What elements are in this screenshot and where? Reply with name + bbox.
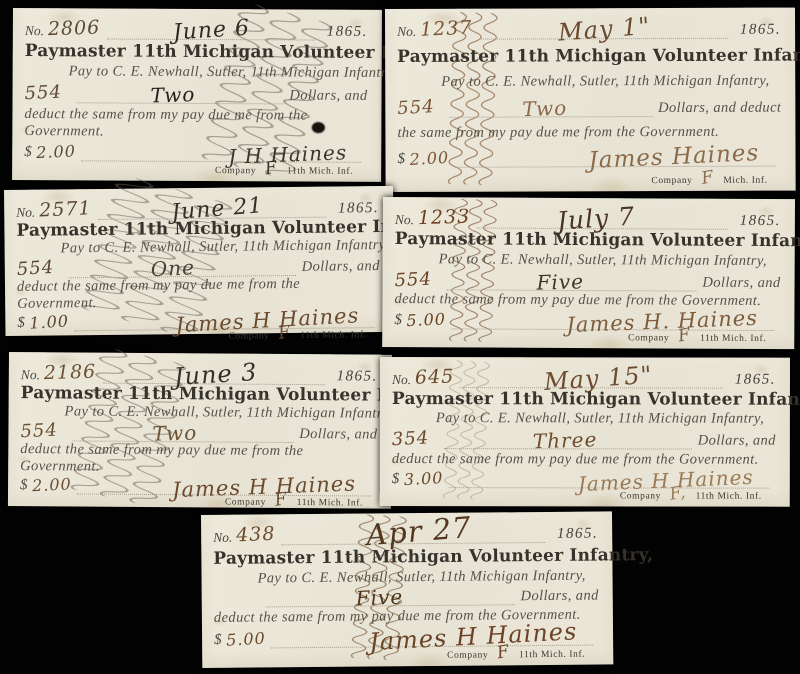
number-date-row: No. 1237 May 1" 1865. <box>397 17 781 40</box>
dollars-label: Dollars, and <box>698 433 776 450</box>
amount-figures: 5.00 <box>225 628 266 649</box>
company-label: Company <box>628 333 669 343</box>
printed-year: 1865. <box>337 368 378 385</box>
number-date-row: No. 645 May 15" 1865. <box>392 366 776 389</box>
dollars-label: Dollars, and <box>289 88 367 105</box>
ledger-number: 554 <box>20 419 67 442</box>
figures-signature-row: $ 2.00 James H Haines <box>20 475 377 496</box>
pay-to-line: Pay to C. E. Newhall, Sutler, 11th Michi… <box>25 63 368 82</box>
pay-to-line: Pay to C. E. Newhall, Sutler, 11th Michi… <box>397 72 781 90</box>
company-letter: F <box>264 161 279 177</box>
no-label: No. <box>395 212 414 228</box>
dotted-line: July 7 <box>476 212 727 229</box>
company-row: Company F Mich. Inf. <box>398 172 768 187</box>
handwritten-date: June 6 <box>172 18 250 45</box>
signature: J H Haines <box>228 142 348 167</box>
ledger-number: 554 <box>397 96 444 120</box>
paymaster-heading: Paymaster 11th Michigan Volunteer Infant… <box>213 545 598 568</box>
dollar-sign: $ <box>397 151 405 168</box>
slip-number: 438 <box>236 523 276 547</box>
handwritten-date: Apr 27 <box>365 513 472 550</box>
dotted-line: James H Haines <box>74 312 374 331</box>
amount-in-words: Two <box>151 85 196 106</box>
dotted-line: Three <box>444 434 692 450</box>
number-date-row: No. 438 Apr 27 1865. <box>213 521 598 546</box>
pay-slip: No. 1237 May 1" 1865. Paymaster 11th Mic… <box>385 8 796 192</box>
paymaster-heading: Paymaster 11th Michigan Volunteer Infant… <box>21 383 378 405</box>
figures-signature-row: $ 2.00 James Haines <box>397 148 781 168</box>
dotted-line: James H Haines <box>77 478 371 496</box>
dotted-line: James H Haines <box>449 472 770 489</box>
dotted-line: James H Haines <box>271 629 593 648</box>
paymaster-heading: Paymaster 11th Michigan Volunteer Infant… <box>395 229 781 251</box>
no-label: No. <box>25 23 44 39</box>
signature: James Haines <box>588 142 760 173</box>
printed-year: 1865. <box>338 200 379 217</box>
no-label: No. <box>213 530 232 546</box>
dotted-line: J H Haines <box>81 145 361 162</box>
dotted-line: Five <box>266 589 515 607</box>
dotted-line: Two <box>72 425 293 443</box>
signature: James H Haines <box>578 467 755 494</box>
pay-slip: No. 438 Apr 27 1865. Paymaster 11th Mich… <box>201 511 613 668</box>
dollar-sign: $ <box>24 144 32 161</box>
paymaster-heading: Paymaster 11th Michigan Volunteer Infant… <box>25 41 368 63</box>
number-date-row: No. 2186 June 3 1865. <box>21 361 378 385</box>
dollars-label: Dollars, and <box>302 258 380 276</box>
regiment-label: 11th Mich. Inf. <box>287 166 353 176</box>
printed-year: 1865. <box>740 213 781 230</box>
slip-number: 2806 <box>48 17 101 41</box>
pay-slip: No. 2806 June 6 1865. Paymaster 11th Mic… <box>12 8 382 182</box>
pay-to-line: Pay to C. E. Newhall, Sutler, 11th Michi… <box>395 251 781 270</box>
amount-in-words: One <box>150 257 195 279</box>
slip-number: 2571 <box>39 197 92 221</box>
amount-figures: 2.00 <box>409 148 450 169</box>
figures-signature-row: $ 2.00 J H Haines <box>24 142 367 163</box>
amount-in-words: Five <box>536 271 584 292</box>
slip-number: 2186 <box>44 361 97 384</box>
dotted-line: James Haines <box>455 151 776 168</box>
slip-number: 1233 <box>418 206 471 230</box>
number-date-row: No. 1233 July 7 1865. <box>395 206 781 230</box>
printed-year: 1865. <box>327 24 368 41</box>
no-label: No. <box>16 205 35 221</box>
regiment-label: 11th Mich. Inf. <box>700 334 766 344</box>
photo-background: No. 2806 June 6 1865. Paymaster 11th Mic… <box>0 0 800 674</box>
handwritten-date: July 7 <box>556 204 636 234</box>
no-label: No. <box>397 24 416 40</box>
number-date-row: No. 2806 June 6 1865. <box>25 17 368 41</box>
dotted-line: Two <box>76 88 283 105</box>
company-letter: F <box>700 171 715 187</box>
dotted-line: May 15" <box>460 372 722 388</box>
dotted-line: May 1" <box>479 23 728 40</box>
regiment-label: 11th Mich. Inf. <box>519 650 585 661</box>
dollars-label: Dollars, and <box>702 275 780 292</box>
figures-signature-row: $ 5.00 James H Haines <box>214 626 599 648</box>
amount-row: 554 Two Dollars, and <box>20 420 377 443</box>
amount-row: 354 Three Dollars, and <box>392 428 776 450</box>
regiment-label: 11th Mich. Inf. <box>297 498 363 508</box>
dotted-line: Five <box>447 274 697 291</box>
company-letter: F <box>274 493 289 509</box>
amount-in-words: Two <box>522 98 568 120</box>
company-letter: F <box>277 326 292 342</box>
amount-figures: 1.00 <box>28 311 69 332</box>
slip-number: 645 <box>415 365 455 388</box>
company-label: Company <box>447 650 488 660</box>
pay-slip: No. 2571 June 21 1865. Paymaster 11th Mi… <box>4 186 395 336</box>
dotted-line: June 3 <box>102 368 324 386</box>
regiment-label: Mich. Inf. <box>723 176 767 186</box>
no-label: No. <box>392 372 411 388</box>
amount-in-words: Five <box>355 586 403 608</box>
amount-figures: 5.00 <box>405 309 445 330</box>
dotted-line: Apr 27 <box>282 527 545 545</box>
paymaster-heading: Paymaster 11th Michigan Volunteer Infant… <box>397 45 781 66</box>
amount-figures: 2.00 <box>35 141 75 162</box>
ledger-number: 354 <box>391 427 438 450</box>
ledger-number: 554 <box>394 268 441 291</box>
amount-figures: 2.00 <box>31 474 71 495</box>
company-letter: F <box>677 329 692 345</box>
dollar-sign: $ <box>394 312 402 329</box>
handwritten-date: May 1" <box>558 14 652 45</box>
amount-row: 554 Two Dollars, and deduct <box>397 96 781 118</box>
amount-row: 554 Two Dollars, and <box>24 83 367 106</box>
dollar-sign: $ <box>392 471 400 488</box>
amount-row: 554 Five Dollars, and <box>395 269 781 292</box>
slip-number: 1237 <box>420 17 473 41</box>
pay-slip: No. 645 May 15" 1865. Paymaster 11th Mic… <box>380 357 790 507</box>
dollars-label: Dollars, and <box>299 426 377 444</box>
ledger-number <box>214 606 260 609</box>
dollars-label: Dollars, and <box>521 587 599 605</box>
regiment-label: 11th Mich. Inf. <box>300 330 366 341</box>
printed-year: 1865. <box>740 22 781 39</box>
ledger-number: 554 <box>24 82 71 105</box>
amount-in-words: Two <box>152 423 197 444</box>
amount-in-words: Three <box>533 430 598 452</box>
pay-slip: No. 1233 July 7 1865. Paymaster 11th Mic… <box>382 197 795 349</box>
no-label: No. <box>21 367 40 383</box>
amount-row: Five Dollars, and <box>214 587 599 607</box>
paymaster-heading: Paymaster 11th Michigan Volunteer Infant… <box>392 389 776 410</box>
figures-signature-row: $ 3.00 James H Haines <box>392 469 776 489</box>
regiment-label: 11th Mich. Inf. <box>696 491 762 501</box>
dollar-sign: $ <box>214 631 222 648</box>
deduct-line: the same from my pay due me from the Gov… <box>397 124 781 142</box>
company-letter: F, <box>669 486 688 502</box>
company-letter: F <box>496 645 511 661</box>
dollar-sign: $ <box>20 477 28 494</box>
printed-year: 1865. <box>735 372 776 389</box>
ink-blot-mark <box>312 123 324 133</box>
dotted-line: Two <box>449 102 652 119</box>
pay-to-line: Pay to C. E. Newhall, Sutler, 11th Michi… <box>213 568 598 588</box>
company-label: Company <box>651 176 692 186</box>
dotted-line: June 6 <box>106 23 314 40</box>
dollars-label: Dollars, and deduct <box>658 100 781 117</box>
amount-figures: 3.00 <box>403 468 444 489</box>
printed-year: 1865. <box>557 526 598 543</box>
figures-signature-row: $ 5.00 James H. Haines <box>394 310 780 331</box>
pay-slip: No. 2186 June 3 1865. Paymaster 11th Mic… <box>8 352 392 509</box>
pay-to-line: Pay to C. E. Newhall, Sutler, 11th Michi… <box>392 410 776 428</box>
dotted-line: James H. Haines <box>451 313 774 331</box>
figures-signature-row: $ 1.00 James H Haines <box>17 309 380 332</box>
ledger-number: 554 <box>16 256 63 280</box>
dollar-sign: $ <box>17 315 25 332</box>
